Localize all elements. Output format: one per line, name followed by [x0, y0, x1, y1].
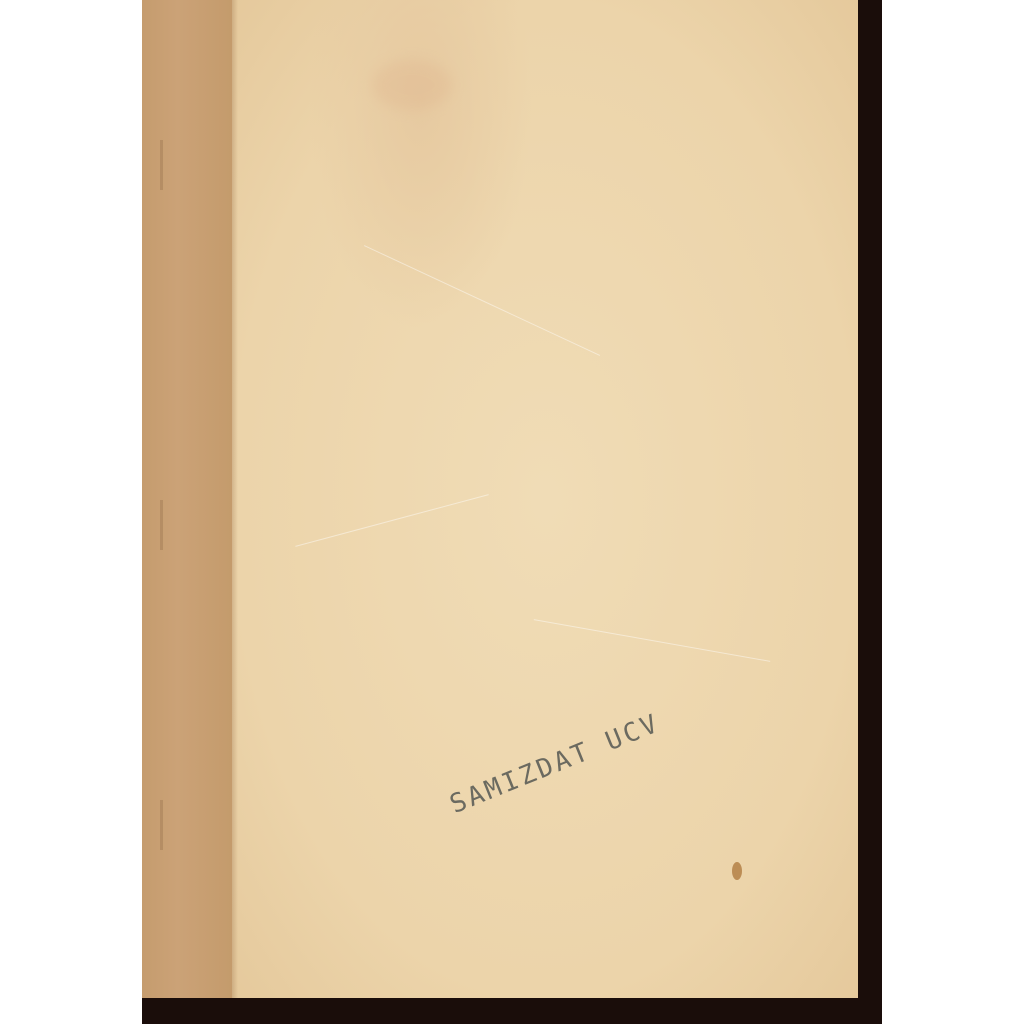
crease: [295, 494, 488, 547]
stain: [732, 862, 742, 880]
cover-edge: [232, 0, 238, 998]
crease: [534, 619, 771, 662]
spine-mark: [160, 800, 163, 850]
spine-mark: [160, 140, 163, 190]
pencil-handwriting: SAMIZDAT UCV: [446, 708, 665, 820]
spine-tape: [142, 0, 232, 998]
cover-page: SAMIZDAT UCV: [232, 0, 858, 998]
crease: [364, 245, 600, 356]
booklet: SAMIZDAT UCV: [142, 0, 858, 998]
stain: [372, 60, 452, 110]
spine-mark: [160, 500, 163, 550]
